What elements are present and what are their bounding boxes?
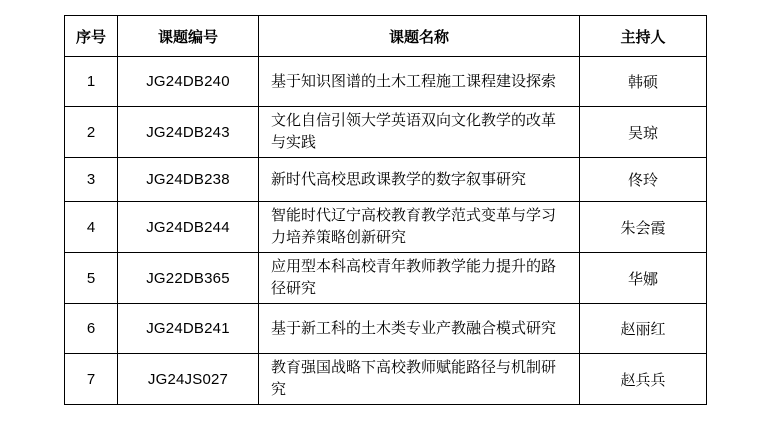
table-body: 1 JG24DB240 基于知识图谱的土木工程施工课程建设探索 韩硕 2 JG2… (65, 57, 707, 405)
project-code-cell: JG24DB244 (118, 202, 259, 253)
host-cell: 赵兵兵 (580, 354, 707, 405)
column-header-code: 课题编号 (118, 16, 259, 57)
table-row: 2 JG24DB243 文化自信引领大学英语双向文化教学的改革与实践 吴琼 (65, 107, 707, 158)
row-index-cell: 6 (65, 304, 118, 354)
project-title-cell: 教育强国战略下高校教师赋能路径与机制研究 (259, 354, 580, 405)
project-title-cell: 智能时代辽宁高校教育教学范式变革与学习力培养策略创新研究 (259, 202, 580, 253)
table-header: 序号 课题编号 课题名称 主持人 (65, 16, 707, 57)
project-title-cell: 基于知识图谱的土木工程施工课程建设探索 (259, 57, 580, 107)
row-index-cell: 5 (65, 253, 118, 304)
project-table: 序号 课题编号 课题名称 主持人 1 JG24DB240 基于知识图谱的土木工程… (64, 15, 707, 405)
host-cell: 赵丽红 (580, 304, 707, 354)
project-title-cell: 基于新工科的土木类专业产教融合模式研究 (259, 304, 580, 354)
project-code-cell: JG24DB238 (118, 158, 259, 202)
project-code-cell: JG24DB243 (118, 107, 259, 158)
host-cell: 韩硕 (580, 57, 707, 107)
column-header-index: 序号 (65, 16, 118, 57)
row-index-cell: 4 (65, 202, 118, 253)
header-row: 序号 课题编号 课题名称 主持人 (65, 16, 707, 57)
table-row: 6 JG24DB241 基于新工科的土木类专业产教融合模式研究 赵丽红 (65, 304, 707, 354)
table-row: 4 JG24DB244 智能时代辽宁高校教育教学范式变革与学习力培养策略创新研究… (65, 202, 707, 253)
table-row: 5 JG22DB365 应用型本科高校青年教师教学能力提升的路径研究 华娜 (65, 253, 707, 304)
column-header-host: 主持人 (580, 16, 707, 57)
row-index-cell: 3 (65, 158, 118, 202)
table-row: 1 JG24DB240 基于知识图谱的土木工程施工课程建设探索 韩硕 (65, 57, 707, 107)
row-index-cell: 1 (65, 57, 118, 107)
row-index-cell: 7 (65, 354, 118, 405)
host-cell: 朱会霞 (580, 202, 707, 253)
column-header-title: 课题名称 (259, 16, 580, 57)
project-title-cell: 应用型本科高校青年教师教学能力提升的路径研究 (259, 253, 580, 304)
project-code-cell: JG22DB365 (118, 253, 259, 304)
host-cell: 佟玲 (580, 158, 707, 202)
project-code-cell: JG24DB240 (118, 57, 259, 107)
row-index-cell: 2 (65, 107, 118, 158)
project-title-cell: 新时代高校思政课教学的数字叙事研究 (259, 158, 580, 202)
table-row: 3 JG24DB238 新时代高校思政课教学的数字叙事研究 佟玲 (65, 158, 707, 202)
host-cell: 华娜 (580, 253, 707, 304)
project-code-cell: JG24DB241 (118, 304, 259, 354)
table-row: 7 JG24JS027 教育强国战略下高校教师赋能路径与机制研究 赵兵兵 (65, 354, 707, 405)
host-cell: 吴琼 (580, 107, 707, 158)
project-code-cell: JG24JS027 (118, 354, 259, 405)
document-page: 序号 课题编号 课题名称 主持人 1 JG24DB240 基于知识图谱的土木工程… (0, 0, 767, 429)
project-title-cell: 文化自信引领大学英语双向文化教学的改革与实践 (259, 107, 580, 158)
